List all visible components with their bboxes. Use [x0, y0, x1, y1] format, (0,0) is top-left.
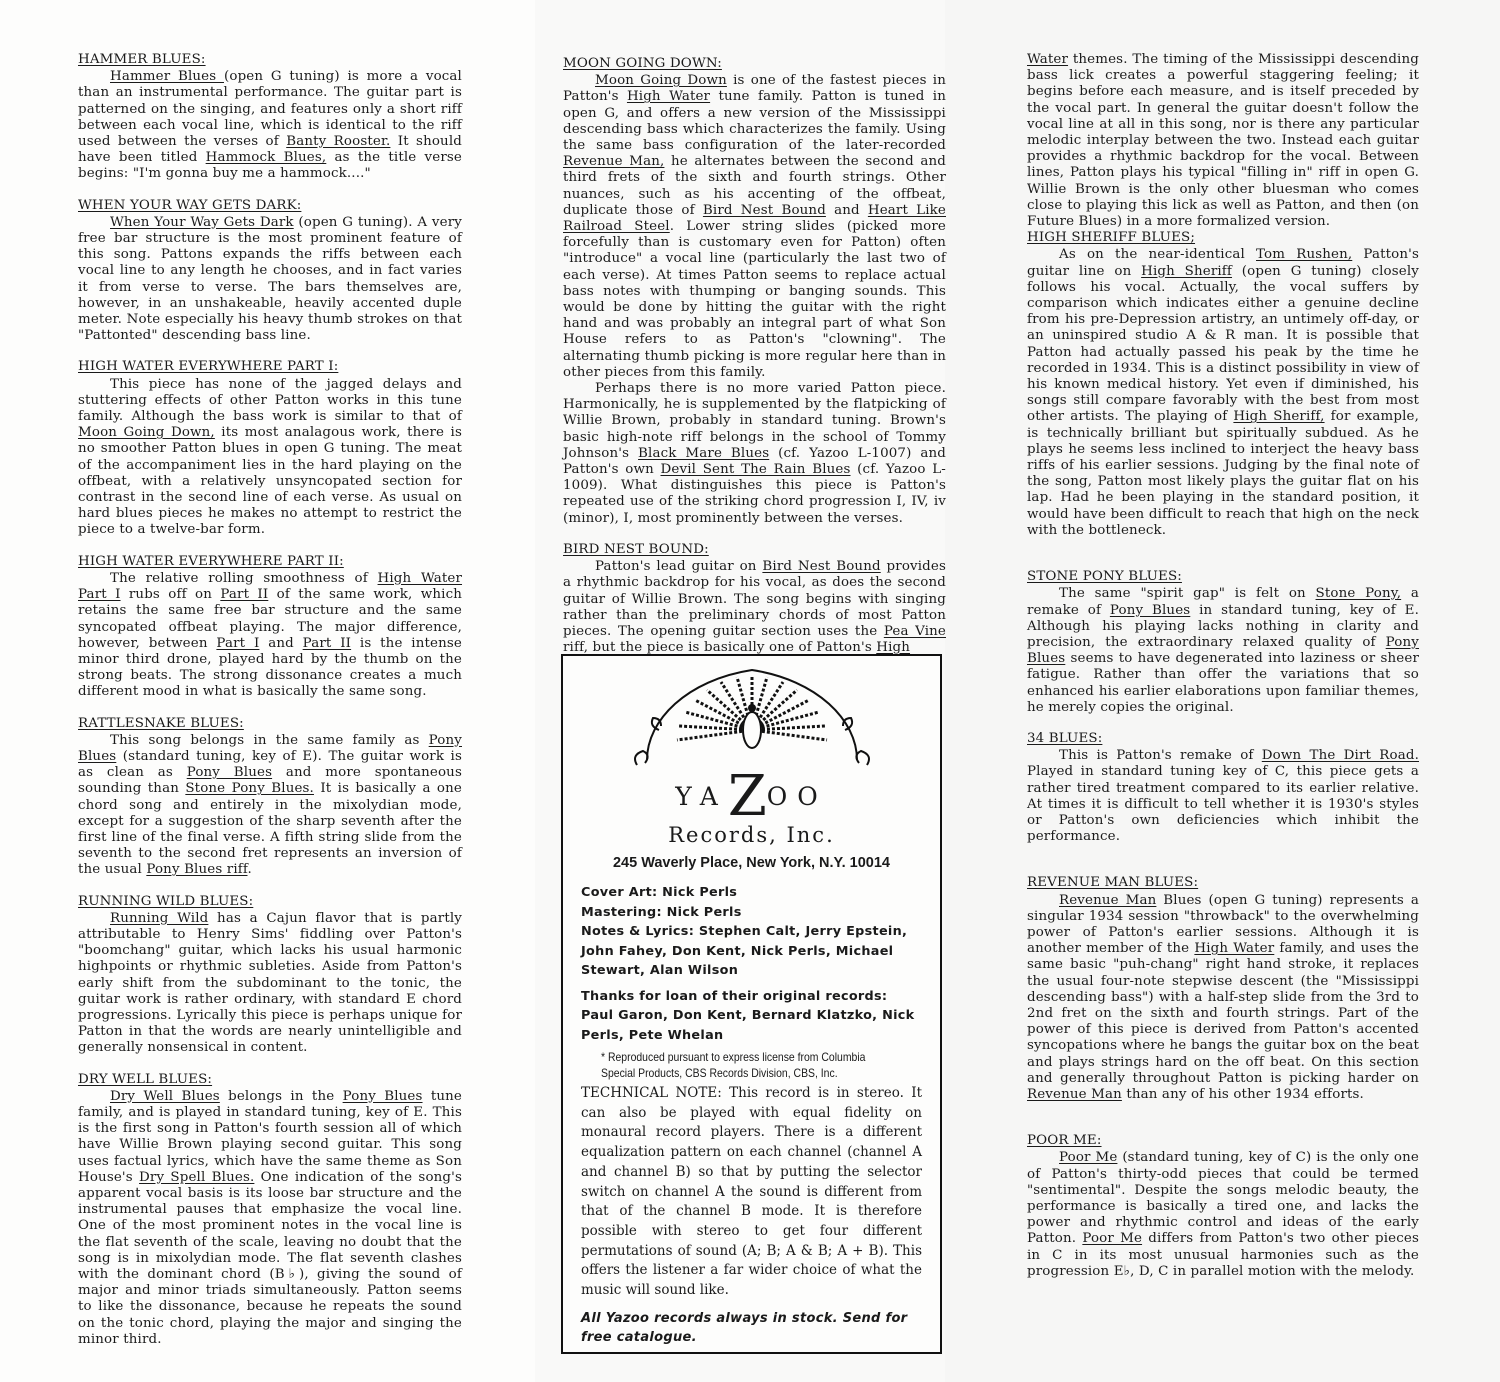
- song-title-reference: Stone Pony Blues.: [185, 781, 314, 796]
- yazoo-logo-text: YAZOO: [581, 764, 922, 829]
- section-heading: STONE PONY BLUES:: [1027, 569, 1182, 585]
- section-heading: HIGH SHERIFF BLUES;: [1027, 230, 1195, 246]
- body-text: This is Patton's remake of: [1059, 748, 1262, 763]
- body-text: One indication of the song's apparent vo…: [78, 1170, 462, 1347]
- song-title-reference: Down The Dirt Road.: [1262, 748, 1419, 763]
- song-title-reference: Part I: [216, 636, 259, 651]
- peacock-icon: [607, 660, 897, 770]
- song-section: WHEN YOUR WAY GETS DARK:When Your Way Ge…: [78, 198, 462, 345]
- credit-notes-lyrics: Notes & Lyrics: Stephen Calt, Jerry Epst…: [581, 922, 922, 981]
- body-text: This song belongs in the same family as: [110, 733, 429, 748]
- column-3: Water themes. The timing of the Mississi…: [1027, 52, 1419, 1295]
- song-title-reference: Banty Rooster.: [286, 134, 390, 149]
- song-title-reference: Revenue Man: [1027, 1087, 1122, 1102]
- section-paragraph: Running Wild has a Cajun flavor that is …: [78, 911, 462, 1057]
- song-section: HAMMER BLUES:Hammer Blues (open G tuning…: [78, 52, 462, 183]
- section-heading: POOR ME:: [1027, 1133, 1102, 1149]
- body-text: for example, is technically brilliant bu…: [1027, 409, 1419, 537]
- section-paragraph: Poor Me (standard tuning, key of C) is t…: [1027, 1150, 1419, 1280]
- body-text: has a Cajun flavor that is partly attrib…: [78, 911, 462, 1056]
- song-section: POOR ME:Poor Me (standard tuning, key of…: [1027, 1133, 1419, 1280]
- song-title-reference: When Your Way Gets Dark: [110, 215, 294, 230]
- song-title-reference: Part II: [303, 636, 351, 651]
- song-title-reference: Part II: [220, 587, 268, 602]
- continued-paragraph: Water themes. The timing of the Mississi…: [1027, 52, 1419, 230]
- song-title-reference: Devil Sent The Rain Blues: [661, 462, 851, 477]
- body-text: belongs in the: [220, 1089, 343, 1104]
- yazoo-ad-box: YAZOO Records, Inc. 245 Waverly Place, N…: [561, 654, 942, 1354]
- brand-z: Z: [728, 764, 767, 829]
- section-paragraph: This is Patton's remake of Down The Dirt…: [1027, 748, 1419, 845]
- song-section: RUNNING WILD BLUES:Running Wild has a Ca…: [78, 894, 462, 1057]
- credits: Cover Art: Nick Perls Mastering: Nick Pe…: [581, 883, 922, 1045]
- body-text: Played in standard tuning key of C, this…: [1027, 764, 1419, 844]
- body-text: riff, but the piece is basically one of …: [563, 640, 876, 655]
- brand-subtitle: Records, Inc.: [581, 823, 922, 847]
- song-title-reference: High Sheriff: [1141, 264, 1232, 279]
- song-title-reference: Bird Nest Bound: [762, 559, 880, 574]
- address: 245 Waverly Place, New York, N.Y. 10014: [581, 855, 922, 871]
- section-heading: WHEN YOUR WAY GETS DARK:: [78, 198, 301, 214]
- body-text: .: [248, 862, 252, 877]
- body-text: seems to have degenerated into laziness …: [1027, 651, 1419, 715]
- body-text: and: [826, 203, 868, 218]
- song-title-reference: High Water: [627, 89, 710, 104]
- song-title-reference: Pony Blues riff: [146, 862, 247, 877]
- song-title-reference: High Water: [1194, 941, 1274, 956]
- body-text: The same "spirit gap" is felt on: [1059, 586, 1316, 601]
- song-section: DRY WELL BLUES:Dry Well Blues belongs in…: [78, 1072, 462, 1348]
- song-title-reference: Black Mare Blues: [638, 446, 769, 461]
- body-text: The relative rolling smoothness of: [110, 571, 378, 586]
- body-text: rubs off on: [121, 587, 221, 602]
- thanks-note: Thanks for loan of their original record…: [581, 987, 922, 1046]
- section-paragraph: Revenue Man Blues (open G tuning) repres…: [1027, 893, 1419, 1104]
- body-text: . Lower string slides (picked more force…: [563, 219, 946, 380]
- song-title-reference: Moon Going Down,: [78, 425, 215, 440]
- song-title-reference: Revenue Man,: [563, 154, 664, 169]
- song-title-reference: Pony Blues: [343, 1089, 423, 1104]
- song-title-reference: Dry Spell Blues.: [139, 1170, 254, 1185]
- section-heading: DRY WELL BLUES:: [78, 1072, 212, 1088]
- section-paragraph: Dry Well Blues belongs in the Pony Blues…: [78, 1089, 462, 1348]
- body-text: (open G tuning) closely follows his voca…: [1027, 264, 1419, 425]
- song-section: BIRD NEST BOUND:Patton's lead guitar on …: [563, 542, 946, 656]
- song-title-reference: Poor Me: [1059, 1150, 1117, 1165]
- stock-note: All Yazoo records always in stock. Send …: [581, 1309, 922, 1348]
- song-section: 34 BLUES:This is Patton's remake of Down…: [1027, 731, 1419, 845]
- section-heading: 34 BLUES:: [1027, 731, 1102, 747]
- body-text: This piece has none of the jagged delays…: [78, 377, 462, 424]
- section-heading: HIGH WATER EVERYWHERE PART I:: [78, 359, 338, 375]
- section-paragraph: The same "spirit gap" is felt on Stone P…: [1027, 586, 1419, 716]
- section-heading: MOON GOING DOWN:: [563, 56, 722, 72]
- section-heading: REVENUE MAN BLUES:: [1027, 875, 1198, 891]
- section-paragraph: Perhaps there is no more varied Patton p…: [563, 381, 946, 527]
- song-title-reference: Tom Rushen,: [1256, 247, 1352, 262]
- song-title-reference: Pony Blues: [1110, 603, 1190, 618]
- song-title-reference: Stone Pony,: [1316, 586, 1402, 601]
- body-text: As on the near-identical: [1059, 247, 1256, 262]
- song-title-reference: Dry Well Blues: [110, 1089, 220, 1104]
- song-title-reference: Revenue Man: [1059, 893, 1156, 908]
- song-title-reference: High Sheriff,: [1233, 409, 1324, 424]
- section-paragraph: This piece has none of the jagged delays…: [78, 377, 462, 539]
- body-text: family, and uses the same basic "puh-cha…: [1027, 941, 1419, 1086]
- section-heading: RATTLESNAKE BLUES:: [78, 716, 244, 732]
- license-note: * Reproduced pursuant to express license…: [601, 1050, 898, 1082]
- section-paragraph: As on the near-identical Tom Rushen, Pat…: [1027, 247, 1419, 539]
- song-title-reference: Moon Going Down: [595, 73, 727, 88]
- body-text: than any of his other 1934 efforts.: [1122, 1087, 1364, 1102]
- column-2: MOON GOING DOWN:Moon Going Down is one o…: [563, 56, 946, 671]
- section-heading: RUNNING WILD BLUES:: [78, 894, 253, 910]
- song-section: REVENUE MAN BLUES:Revenue Man Blues (ope…: [1027, 875, 1419, 1103]
- section-paragraph: This song belongs in the same family as …: [78, 733, 462, 879]
- song-section: HIGH WATER EVERYWHERE PART II:The relati…: [78, 554, 462, 701]
- section-paragraph: Patton's lead guitar on Bird Nest Bound …: [563, 559, 946, 656]
- song-section: STONE PONY BLUES:The same "spirit gap" i…: [1027, 569, 1419, 716]
- credit-mastering: Mastering: Nick Perls: [581, 903, 922, 923]
- body-text: its most analagous work, there is no smo…: [78, 425, 462, 537]
- song-title-reference: Hammock Blues,: [206, 150, 327, 165]
- song-section: RATTLESNAKE BLUES:This song belongs in t…: [78, 716, 462, 879]
- section-heading: BIRD NEST BOUND:: [563, 542, 709, 558]
- song-title-reference: Running Wild: [110, 911, 208, 926]
- song-title-reference: High: [876, 640, 910, 655]
- section-paragraph: Moon Going Down is one of the fastest pi…: [563, 73, 946, 381]
- section-heading: HAMMER BLUES:: [78, 52, 206, 68]
- song-section: HIGH SHERIFF BLUES;As on the near-identi…: [1027, 230, 1419, 539]
- section-paragraph: Hammer Blues (open G tuning) is more a v…: [78, 69, 462, 182]
- song-title-reference: Hammer Blues: [110, 69, 224, 84]
- song-section: HIGH WATER EVERYWHERE PART I:This piece …: [78, 359, 462, 538]
- credit-cover-art: Cover Art: Nick Perls: [581, 883, 922, 903]
- brand-right: OO: [767, 782, 828, 811]
- song-title-reference: Bird Nest Bound: [703, 203, 826, 218]
- column-1: HAMMER BLUES:Hammer Blues (open G tuning…: [78, 52, 462, 1363]
- body-text: and: [259, 636, 302, 651]
- section-paragraph: The relative rolling smoothness of High …: [78, 571, 462, 701]
- body-text: (open G tuning). A very free bar structu…: [78, 215, 462, 343]
- song-section: MOON GOING DOWN:Moon Going Down is one o…: [563, 56, 946, 527]
- section-paragraph: When Your Way Gets Dark (open G tuning).…: [78, 215, 462, 345]
- section-heading: HIGH WATER EVERYWHERE PART II:: [78, 554, 344, 570]
- brand-left: YA: [675, 782, 728, 811]
- technical-note: TECHNICAL NOTE: This record is in stereo…: [581, 1084, 922, 1301]
- song-title-reference: Water: [1027, 52, 1068, 67]
- body-text: Patton's lead guitar on: [595, 559, 762, 574]
- song-title-reference: Pony Blues: [187, 765, 272, 780]
- song-title-reference: Pea Vine: [884, 624, 946, 639]
- song-title-reference: Poor Me: [1082, 1231, 1142, 1246]
- body-text: themes. The timing of the Mississippi de…: [1027, 52, 1419, 229]
